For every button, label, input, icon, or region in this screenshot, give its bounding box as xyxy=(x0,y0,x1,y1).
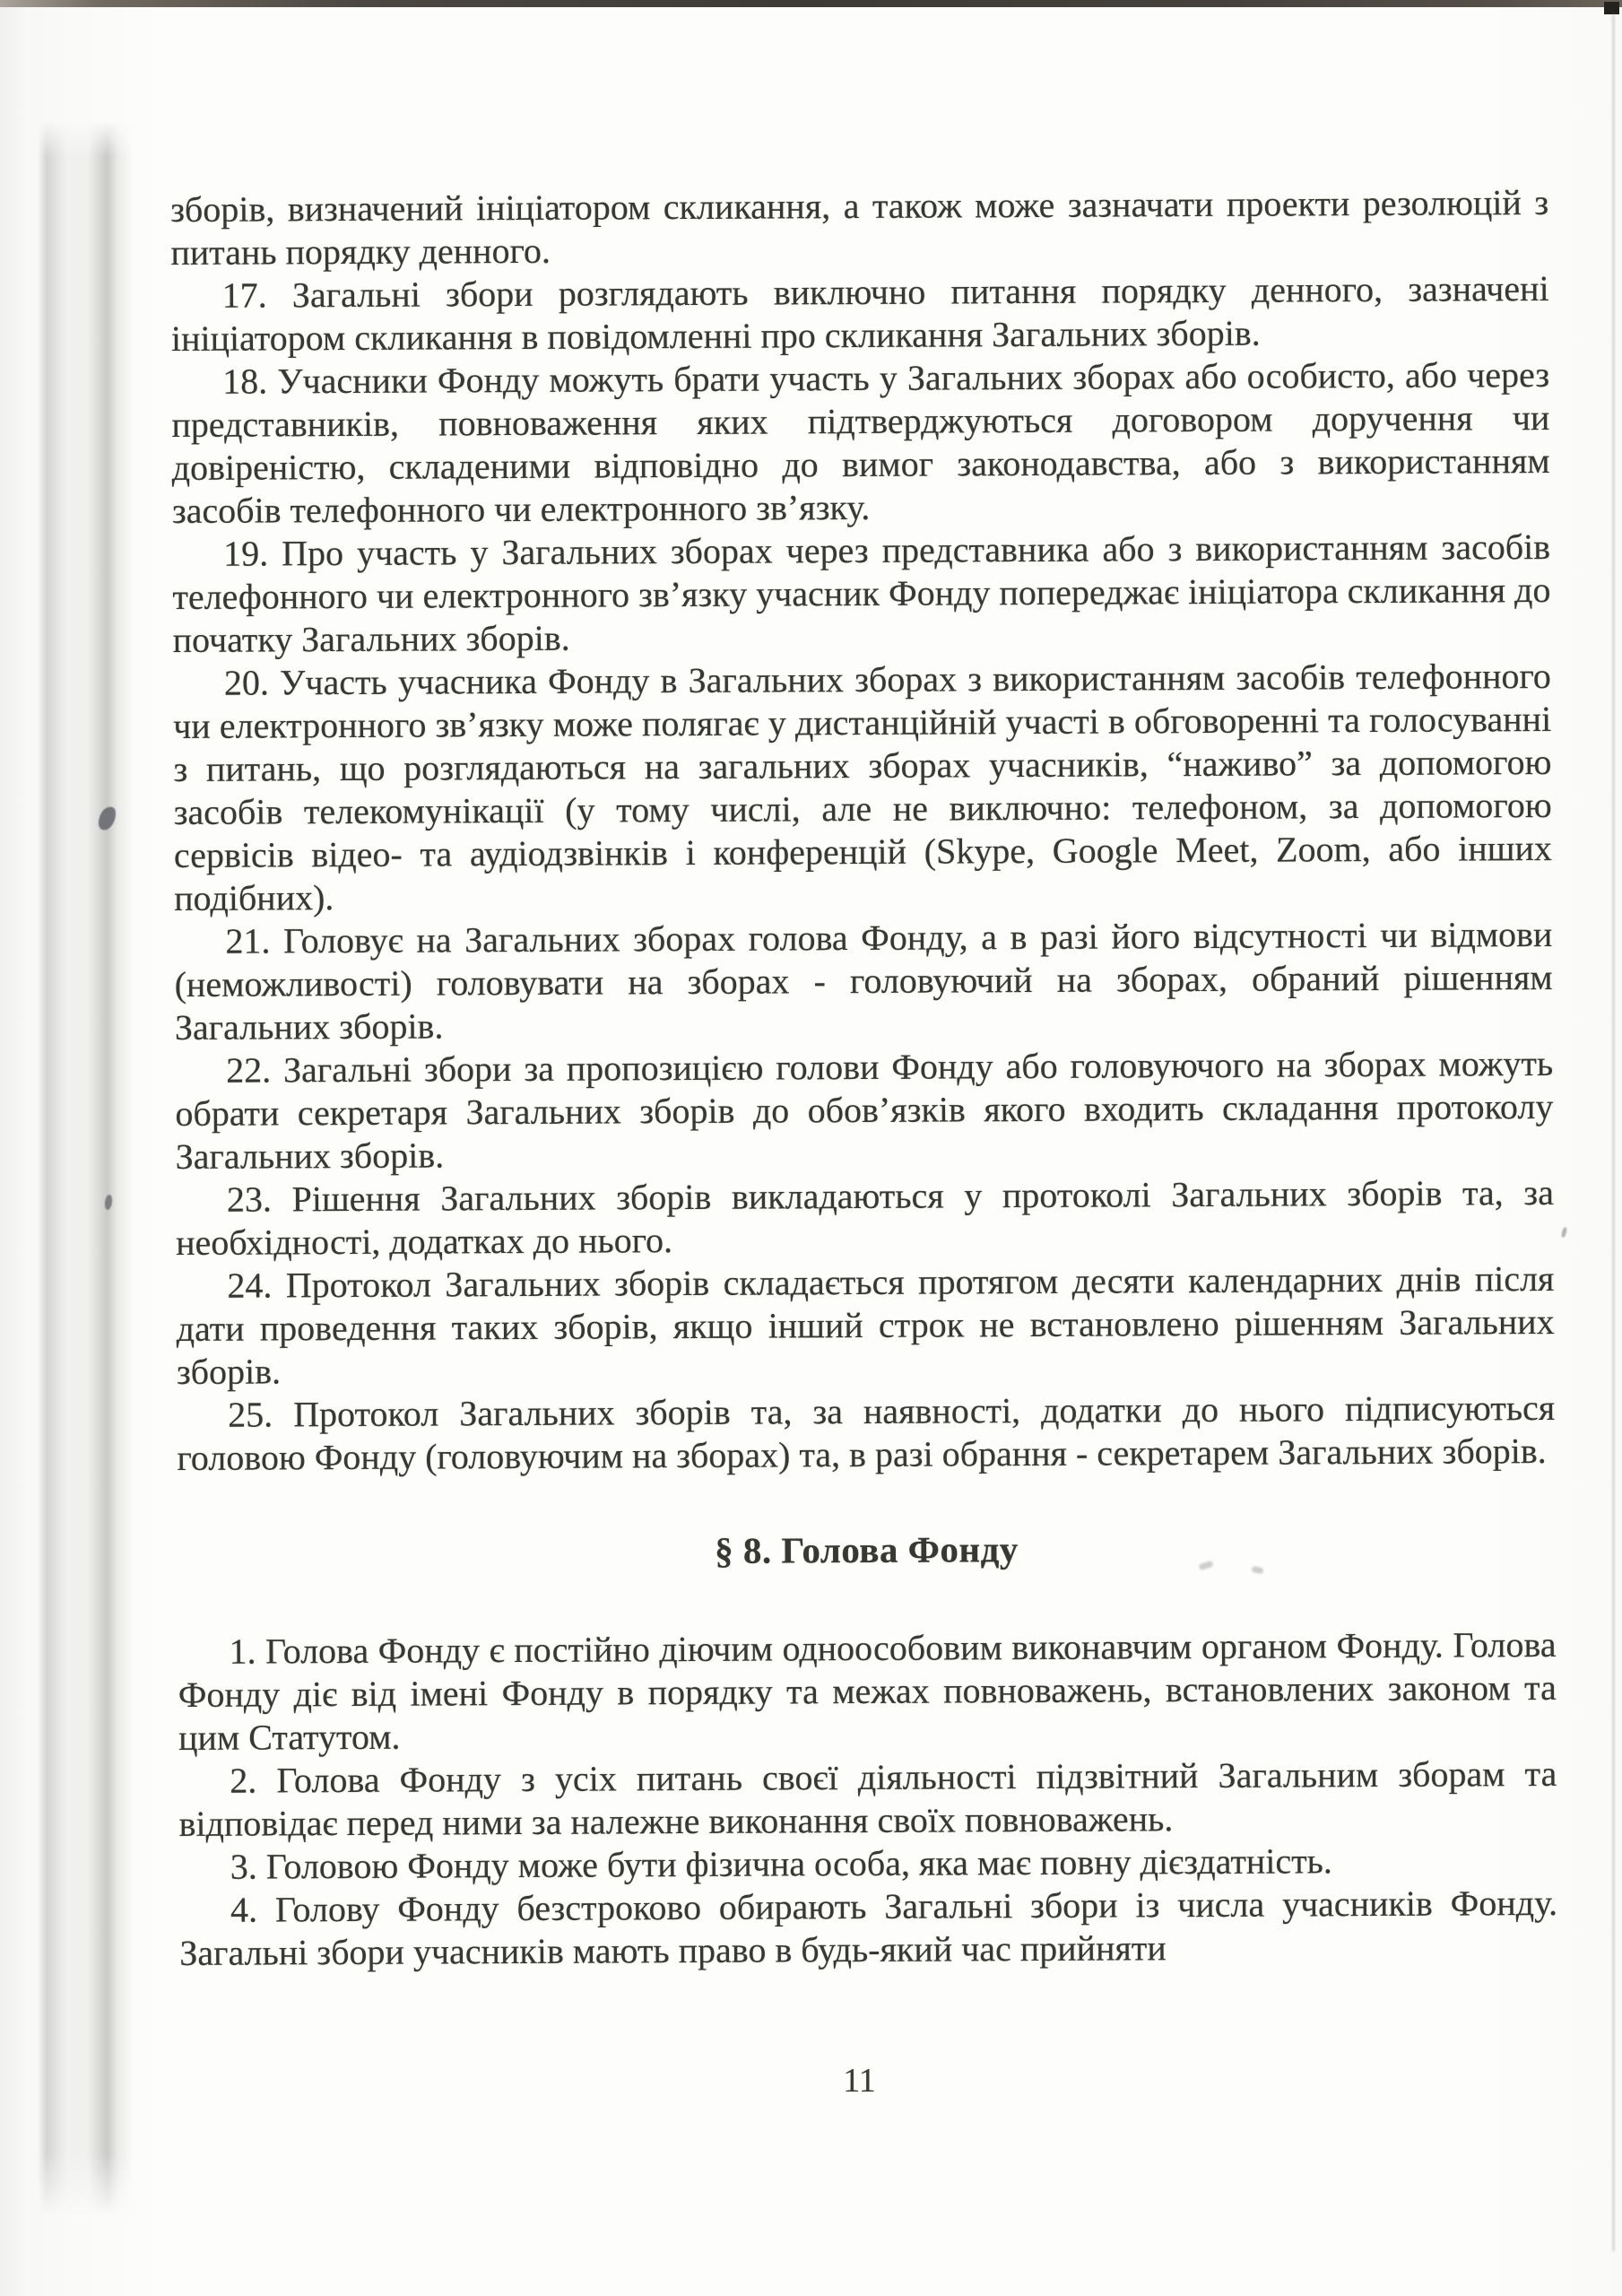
paragraph-23: 23. Рішення Загальних зборів викладаютьс… xyxy=(176,1171,1554,1265)
paragraph-24: 24. Протокол Загальних зборів складаєтьс… xyxy=(176,1257,1555,1394)
paragraph-21: 21. Головує на Загальних зборах голова Ф… xyxy=(174,913,1553,1049)
section-heading: § 8. Голова Фонду xyxy=(178,1525,1556,1575)
section8-paragraph-4: 4. Голову Фонду безстроково обирають Заг… xyxy=(179,1882,1557,1975)
paragraph-continuation: зборів, визначений ініціатором скликання… xyxy=(170,181,1548,274)
binding-fold-shadow xyxy=(38,121,134,2215)
paragraph-25: 25. Протокол Загальних зборів та, за ная… xyxy=(177,1387,1555,1480)
section8-paragraph-3: 3. Головою Фонду може бути фізична особа… xyxy=(179,1839,1557,1889)
stray-ink-mark xyxy=(1561,1227,1568,1239)
scanned-page: зборів, визначений ініціатором скликання… xyxy=(0,0,1622,2296)
paragraph-17: 17. Загальні збори розглядають виключно … xyxy=(171,267,1549,361)
scan-corner-artifact xyxy=(1604,2,1619,14)
section8-paragraph-2: 2. Голова Фонду з усіх питань своєї діял… xyxy=(178,1752,1557,1846)
scan-right-edge-artifact xyxy=(1612,14,1615,2251)
document-body: зборів, визначений ініціатором скликання… xyxy=(170,181,1557,1975)
section8-paragraph-1: 1. Голова Фонду є постійно діючим одноос… xyxy=(178,1623,1557,1760)
scan-top-edge-artifact xyxy=(0,0,1622,7)
page-number: 11 xyxy=(170,2061,1548,2100)
paragraph-20: 20. Участь учасника Фонду в Загальних зб… xyxy=(173,655,1552,920)
paragraph-22: 22. Загальні збори за пропозицією голови… xyxy=(175,1042,1554,1178)
paragraph-18: 18. Учасники Фонду можуть брати участь у… xyxy=(171,353,1550,533)
paragraph-19: 19. Про участь у Загальних зборах через … xyxy=(172,526,1551,662)
